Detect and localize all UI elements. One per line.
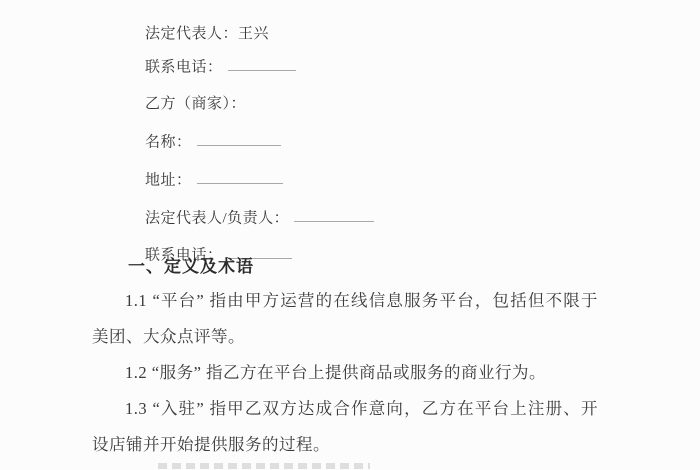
definitions-section-heading: 一、定义及术语 [128,256,254,277]
clause-1-3-line-1: 1.3 “入驻” 指甲乙双方达成合作意向，乙方在平台上注册、开 [92,398,598,419]
clause-1-2-line-1: 1.2 “服务” 指乙方在平台上提供商品或服务的商业行为。 [92,362,546,383]
clause-1-3-line-2: 设店铺并开始提供服务的过程。 [92,434,330,455]
party-b-name-blank-field [197,131,281,146]
cut-off-next-text-line [158,463,370,469]
party-a-phone-blank-field [228,56,296,71]
party-b-legal-rep-blank-field [294,207,374,222]
clause-1-1-line-1: 1.1 “平台” 指由甲方运营的在线信息服务平台，包括但不限于 [92,290,598,311]
contract-document-page: 法定代表人：王兴 联系电话： 乙方（商家）： 名称： 地址： 法定代表人/负责人… [0,0,700,470]
clause-1-1-line-2: 美团、大众点评等。 [92,326,245,347]
party-b-address-blank-field [197,169,283,184]
